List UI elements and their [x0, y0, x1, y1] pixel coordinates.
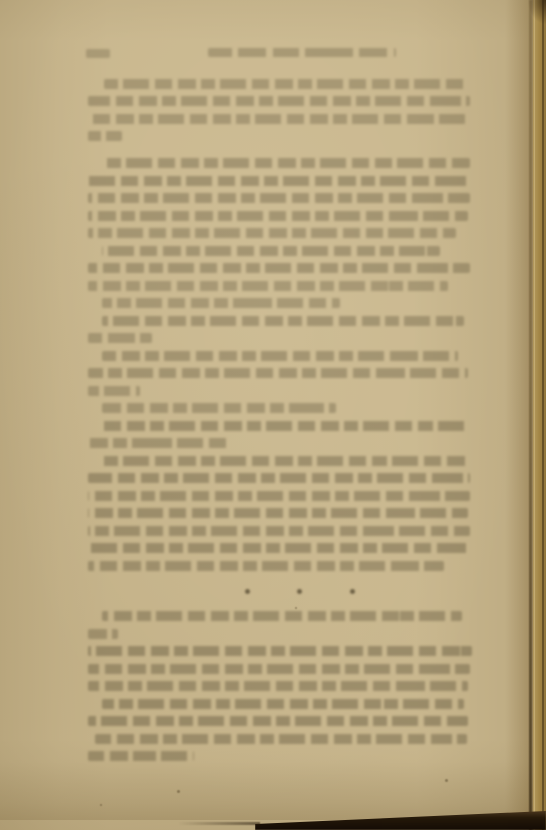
- text-line: [88, 368, 468, 378]
- text-line: [102, 158, 470, 168]
- scanned-book-page: [0, 0, 546, 830]
- text-line: [88, 211, 468, 221]
- text-line: [88, 716, 468, 726]
- text-line: [88, 228, 456, 238]
- text-line: [88, 543, 468, 553]
- text-line: [102, 699, 464, 709]
- text-line: [102, 403, 336, 413]
- background-shadow-tail: [178, 822, 260, 825]
- text-line: [88, 333, 152, 343]
- text-line: [88, 646, 472, 656]
- paper-speck: [295, 607, 297, 609]
- text-line: [88, 193, 470, 203]
- page-number-faded: [86, 49, 110, 58]
- text-line: [88, 263, 470, 273]
- page-bottom-shading: [0, 762, 546, 820]
- text-line: [88, 386, 140, 396]
- text-line: [102, 246, 440, 256]
- text-line: [88, 681, 468, 691]
- book-page-edges: [533, 0, 546, 830]
- edge-dark-line: [542, 0, 544, 830]
- text-line: [95, 734, 467, 744]
- text-line: [88, 131, 122, 141]
- text-line: [88, 751, 194, 761]
- section-separator-mark: [350, 589, 355, 594]
- text-line: [88, 491, 470, 501]
- edge-highlight-line: [534, 0, 535, 830]
- section-separator-mark: [297, 589, 302, 594]
- text-line: [88, 96, 470, 106]
- text-line: [88, 508, 468, 518]
- text-line: [88, 526, 470, 536]
- text-line: [102, 316, 464, 326]
- text-line: [88, 629, 118, 639]
- text-line: [102, 298, 340, 308]
- text-line: [88, 473, 470, 483]
- text-line: [88, 281, 448, 291]
- text-line: [88, 114, 466, 124]
- running-head-faded: [208, 48, 396, 57]
- text-line: [102, 611, 462, 621]
- text-line: [102, 351, 458, 361]
- page-edge-line: [529, 0, 532, 830]
- text-line: [102, 421, 468, 431]
- text-line: [88, 664, 470, 674]
- text-line: [102, 456, 468, 466]
- text-line: [104, 79, 468, 89]
- section-separator-mark: [245, 589, 250, 594]
- text-line: [88, 176, 470, 186]
- text-line: [88, 438, 230, 448]
- text-line: [88, 561, 444, 571]
- top-right-corner-smudge: [528, 0, 546, 24]
